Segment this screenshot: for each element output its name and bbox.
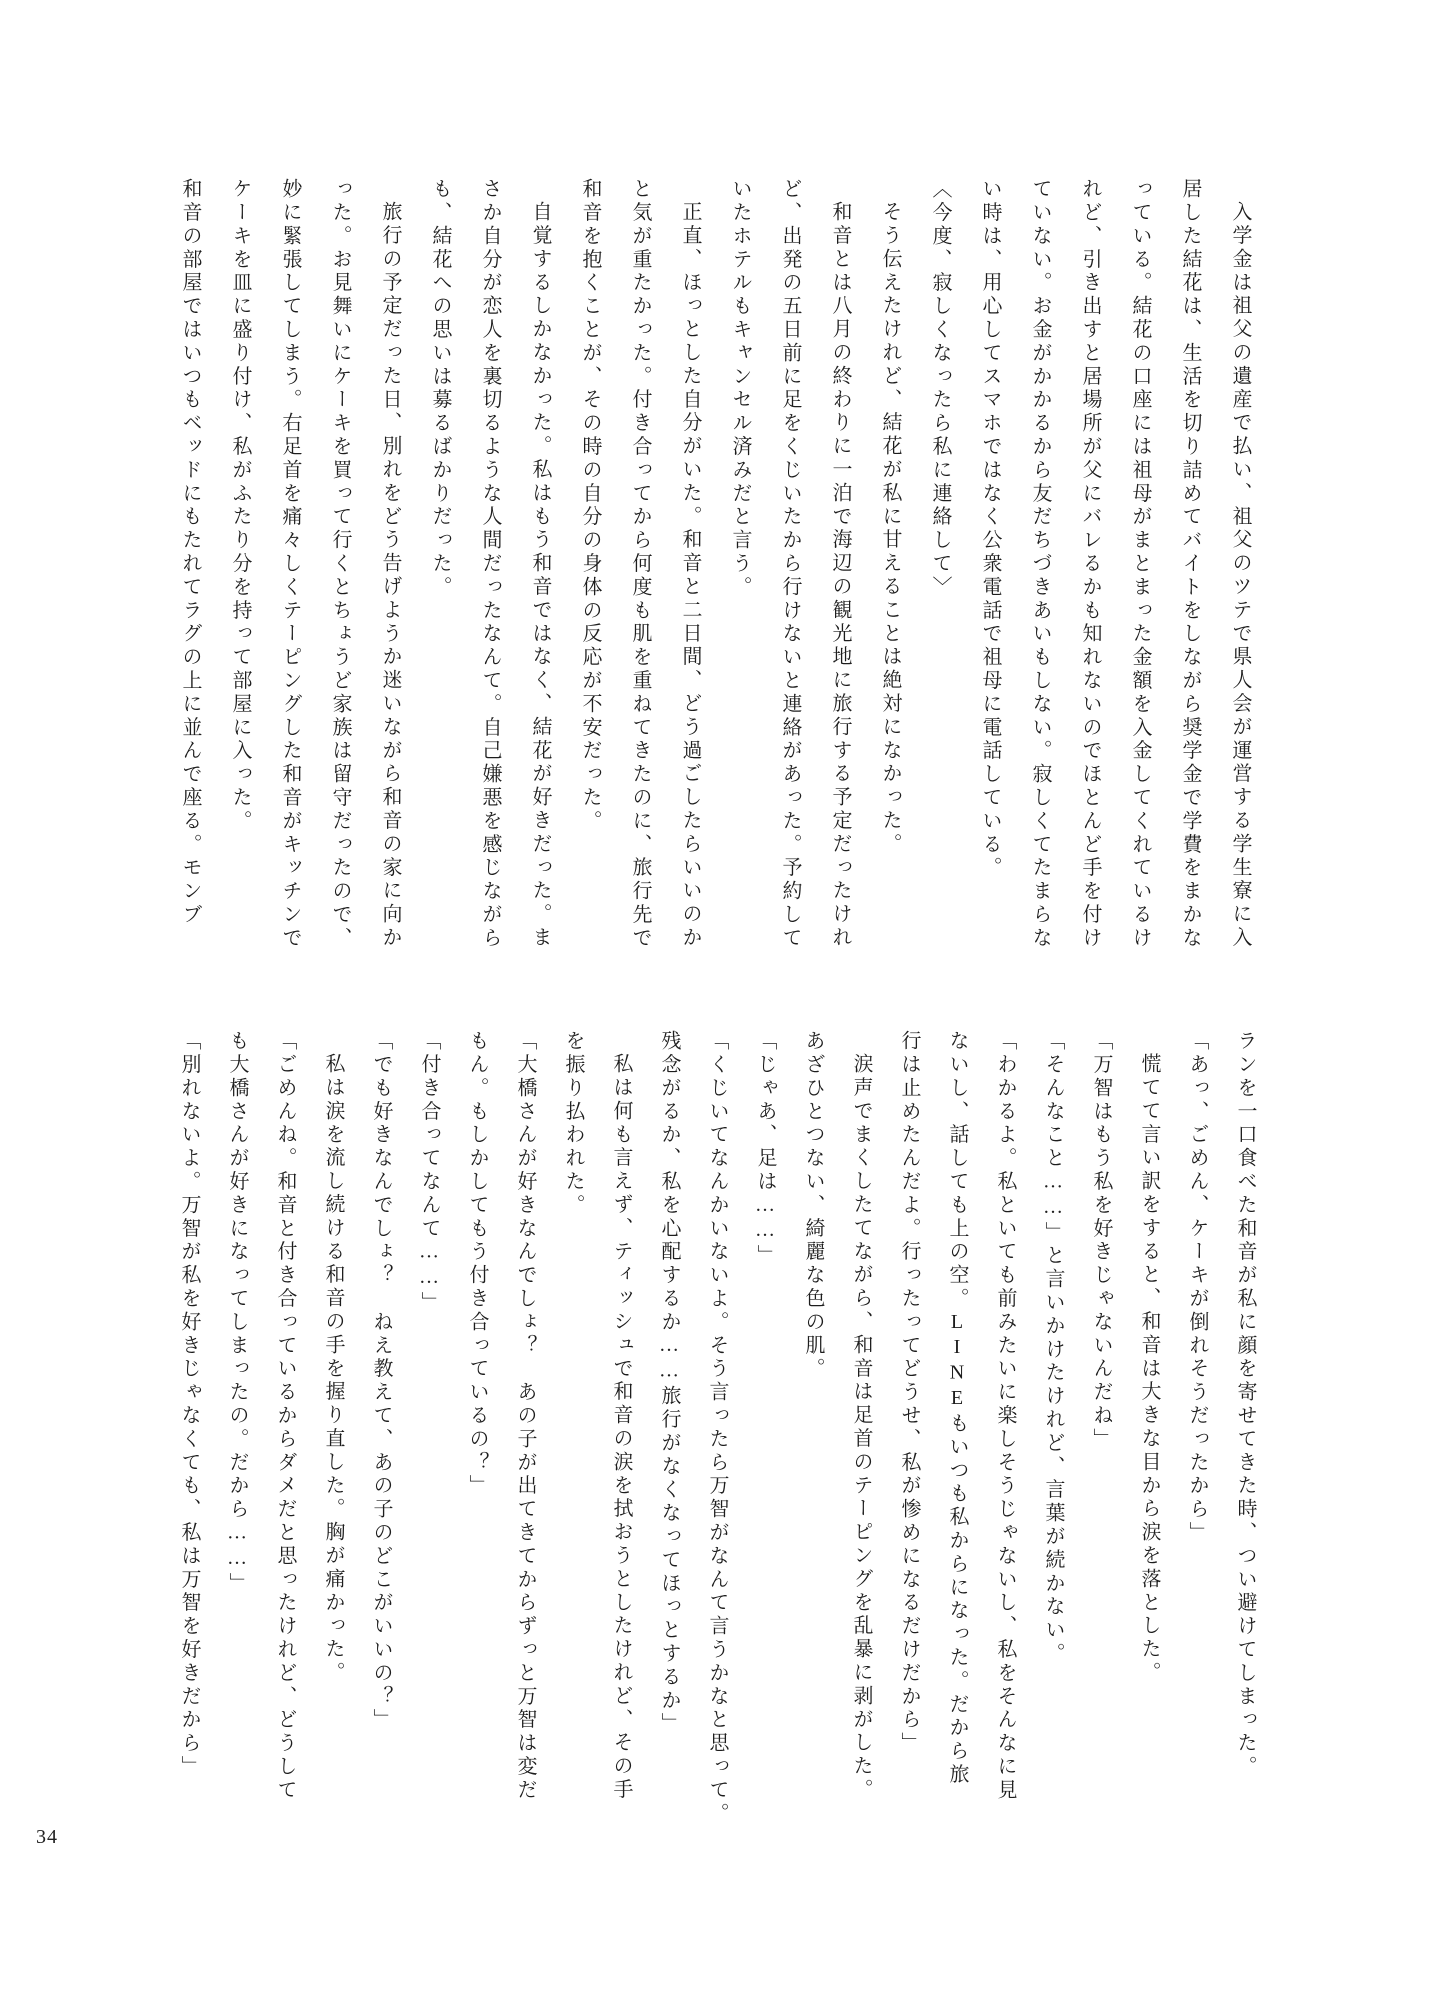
text-column: ランを一口食べた和音が私に顔を寄せてきた時、つい避けてしまった。 xyxy=(1221,1030,1269,1830)
text-column: 和音の部屋ではいつもベッドにもたれてラグの上に並んで座る。モンブ xyxy=(165,178,215,978)
lower-text-block: ランを一口食べた和音が私に顔を寄せてきた時、つい避けてしまった。「あっ、ごめん、… xyxy=(165,1030,1269,1830)
text-column: 残念がるか、私を心配するか……旅行がなくなってほっとするか」 xyxy=(645,1030,693,1830)
text-column: 「あっ、ごめん、ケーキが倒れそうだったから」 xyxy=(1173,1030,1221,1830)
text-column: 居した結花は、生活を切り詰めてバイトをしながら奨学金で学費をまかな xyxy=(1165,178,1215,978)
text-column: 「わかるよ。私といても前みたいに楽しそうじゃないし、私をそんなに見 xyxy=(981,1030,1029,1830)
text-column: い時は、用心してスマホではなく公衆電話で祖母に電話している。 xyxy=(965,178,1015,978)
text-column: 慌てて言い訳をすると、和音は大きな目から涙を落とした。 xyxy=(1125,1030,1173,1830)
text-column: と気が重たかった。付き合ってから何度も肌を重ねてきたのに、旅行先で xyxy=(615,178,665,978)
text-column: さか自分が恋人を裏切るような人間だったなんて。自己嫌悪を感じながら xyxy=(465,178,515,978)
text-column: を振り払われた。 xyxy=(549,1030,597,1830)
text-column: った。お見舞いにケーキを買って行くとちょうど家族は留守だったので、 xyxy=(315,178,365,978)
text-column: 「別れないよ。万智が私を好きじゃなくても、私は万智を好きだから」 xyxy=(165,1030,213,1830)
text-column: も大橋さんが好きになってしまったの。だから……」 xyxy=(213,1030,261,1830)
text-column: 旅行の予定だった日、別れをどう告げようか迷いながら和音の家に向か xyxy=(365,178,415,978)
page-number: 34 xyxy=(36,1826,58,1849)
text-column: いたホテルもキャンセル済みだと言う。 xyxy=(715,178,765,978)
text-column: 「万智はもう私を好きじゃないんだね」 xyxy=(1077,1030,1125,1830)
text-column: 和音を抱くことが、その時の自分の身体の反応が不安だった。 xyxy=(565,178,615,978)
text-column: 「ごめんね。和音と付き合っているからダメだと思ったけれど、どうして xyxy=(261,1030,309,1830)
text-column: 妙に緊張してしまう。右足首を痛々しくテーピングした和音がキッチンで xyxy=(265,178,315,978)
text-column: ていない。お金がかかるから友だちづきあいもしない。寂しくてたまらな xyxy=(1015,178,1065,978)
text-column: 〈今度、寂しくなったら私に連絡して〉 xyxy=(915,178,965,978)
text-column: 「くじいてなんかいないよ。そう言ったら万智がなんて言うかなと思って。 xyxy=(693,1030,741,1830)
text-column: 和音とは八月の終わりに一泊で海辺の観光地に旅行する予定だったけれ xyxy=(815,178,865,978)
upper-text-block: 入学金は祖父の遺産で払い、祖父のツテで県人会が運営する学生寮に入居した結花は、生… xyxy=(165,178,1265,978)
text-column: 「大橋さんが好きなんでしょ？ あの子が出てきてからずっと万智は変だ xyxy=(501,1030,549,1830)
text-column: 行は止めたんだよ。行ったってどうせ、私が惨めになるだけだから」 xyxy=(885,1030,933,1830)
text-column: ど、出発の五日前に足をくじいたから行けないと連絡があった。予約して xyxy=(765,178,815,978)
text-column: 自覚するしかなかった。私はもう和音ではなく、結花が好きだった。ま xyxy=(515,178,565,978)
text-column: ケーキを皿に盛り付け、私がふたり分を持って部屋に入った。 xyxy=(215,178,265,978)
text-column: 正直、ほっとした自分がいた。和音と二日間、どう過ごしたらいいのか xyxy=(665,178,715,978)
text-column: 入学金は祖父の遺産で払い、祖父のツテで県人会が運営する学生寮に入 xyxy=(1215,178,1265,978)
text-column: 「付き合ってなんて……」 xyxy=(405,1030,453,1830)
text-column: ないし、話しても上の空。LINEもいつも私からになった。だから旅 xyxy=(933,1030,981,1830)
text-column: 「でも好きなんでしょ？ ねえ教えて、あの子のどこがいいの？」 xyxy=(357,1030,405,1830)
text-column: も、結花への思いは募るばかりだった。 xyxy=(415,178,465,978)
text-column: 私は何も言えず、ティッシュで和音の涙を拭おうとしたけれど、その手 xyxy=(597,1030,645,1830)
text-column: あざひとつない、綺麗な色の肌。 xyxy=(789,1030,837,1830)
text-column: 涙声でまくしたてながら、和音は足首のテーピングを乱暴に剥がした。 xyxy=(837,1030,885,1830)
text-column: 「そんなこと……」と言いかけたけれど、言葉が続かない。 xyxy=(1029,1030,1077,1830)
text-column: もん。もしかしてもう付き合っているの？」 xyxy=(453,1030,501,1830)
text-column: れど、引き出すと居場所が父にバレるかも知れないのでほとんど手を付け xyxy=(1065,178,1115,978)
text-column: 「じゃあ、足は……」 xyxy=(741,1030,789,1830)
text-column: そう伝えたけれど、結花が私に甘えることは絶対になかった。 xyxy=(865,178,915,978)
text-column: っている。結花の口座には祖母がまとまった金額を入金してくれているけ xyxy=(1115,178,1165,978)
text-column: 私は涙を流し続ける和音の手を握り直した。胸が痛かった。 xyxy=(309,1030,357,1830)
